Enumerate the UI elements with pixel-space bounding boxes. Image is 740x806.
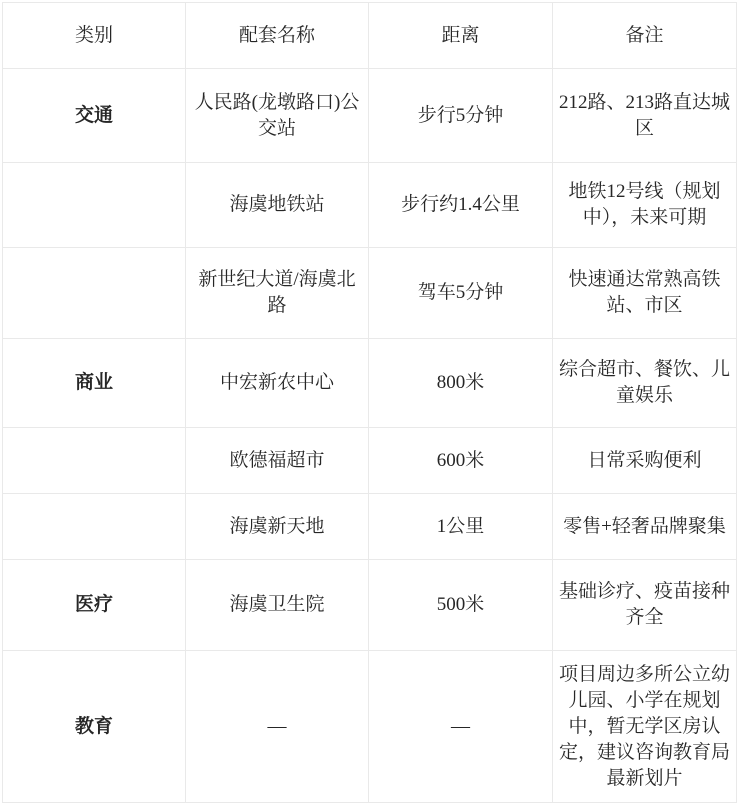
table-row: 海虞新天地1公里零售+轻奢品牌聚集: [3, 494, 737, 560]
cell-name: 欧德福超市: [186, 428, 369, 494]
cell-distance: 500米: [369, 560, 553, 651]
cell-name: 海虞卫生院: [186, 560, 369, 651]
cell-distance: 1公里: [369, 494, 553, 560]
cell-name: 中宏新农中心: [186, 339, 369, 428]
header-cell-name: 配套名称: [186, 3, 369, 69]
cell-category: 商业: [3, 339, 186, 428]
table-row: 欧德福超市600米日常采购便利: [3, 428, 737, 494]
cell-name: 海虞新天地: [186, 494, 369, 560]
cell-distance: 600米: [369, 428, 553, 494]
cell-name: —: [186, 651, 369, 803]
cell-note: 快速通达常熟高铁站、市区: [553, 248, 737, 339]
header-cell-distance: 距离: [369, 3, 553, 69]
cell-note: 日常采购便利: [553, 428, 737, 494]
cell-name: 新世纪大道/海虞北路: [186, 248, 369, 339]
table-header: 类别配套名称距离备注: [3, 3, 737, 69]
cell-distance: 800米: [369, 339, 553, 428]
table-row: 交通人民路(龙墩路口)公交站步行5分钟212路、213路直达城区: [3, 69, 737, 163]
cell-category: 交通: [3, 69, 186, 163]
table-row: 新世纪大道/海虞北路驾车5分钟快速通达常熟高铁站、市区: [3, 248, 737, 339]
cell-distance: —: [369, 651, 553, 803]
cell-name: 人民路(龙墩路口)公交站: [186, 69, 369, 163]
table-row: 海虞地铁站步行约1.4公里地铁12号线（规划中），未来可期: [3, 163, 737, 248]
amenities-table: 类别配套名称距离备注 交通人民路(龙墩路口)公交站步行5分钟212路、213路直…: [2, 2, 737, 803]
cell-category: [3, 248, 186, 339]
cell-note: 零售+轻奢品牌聚集: [553, 494, 737, 560]
cell-name: 海虞地铁站: [186, 163, 369, 248]
cell-category: [3, 163, 186, 248]
cell-note: 综合超市、餐饮、儿童娱乐: [553, 339, 737, 428]
table-row: 医疗海虞卫生院500米基础诊疗、疫苗接种齐全: [3, 560, 737, 651]
cell-distance: 驾车5分钟: [369, 248, 553, 339]
cell-note: 项目周边多所公立幼儿园、小学在规划中，暂无学区房认定，建议咨询教育局最新划片: [553, 651, 737, 803]
header-cell-note: 备注: [553, 3, 737, 69]
cell-distance: 步行5分钟: [369, 69, 553, 163]
cell-category: 医疗: [3, 560, 186, 651]
cell-note: 基础诊疗、疫苗接种齐全: [553, 560, 737, 651]
table-row: 商业中宏新农中心800米综合超市、餐饮、儿童娱乐: [3, 339, 737, 428]
header-cell-category: 类别: [3, 3, 186, 69]
table-row: 教育——项目周边多所公立幼儿园、小学在规划中，暂无学区房认定，建议咨询教育局最新…: [3, 651, 737, 803]
cell-category: [3, 428, 186, 494]
cell-category: 教育: [3, 651, 186, 803]
table-body: 交通人民路(龙墩路口)公交站步行5分钟212路、213路直达城区海虞地铁站步行约…: [3, 69, 737, 803]
cell-distance: 步行约1.4公里: [369, 163, 553, 248]
cell-note: 地铁12号线（规划中），未来可期: [553, 163, 737, 248]
cell-category: [3, 494, 186, 560]
cell-note: 212路、213路直达城区: [553, 69, 737, 163]
header-row: 类别配套名称距离备注: [3, 3, 737, 69]
